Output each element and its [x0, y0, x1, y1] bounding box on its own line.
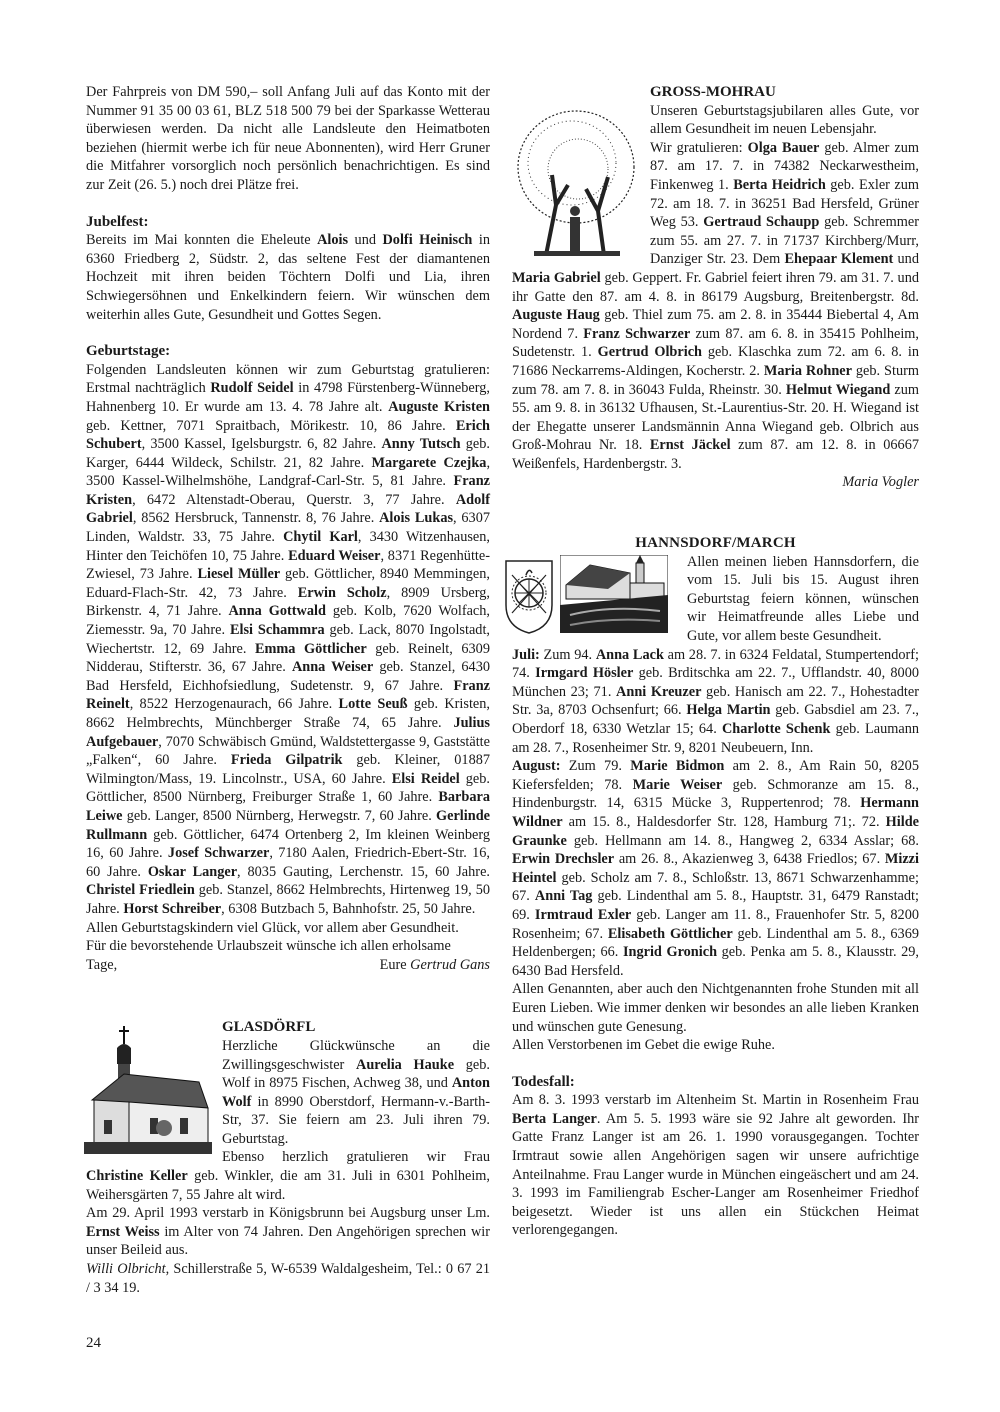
person-name: Erwin Scholz — [298, 585, 387, 601]
vacation-wish-end: Tage, Eure Gertrud Gans — [86, 956, 490, 975]
glasdoerfl-congrats: Ebenso herzlich gratulieren wir Frau Chr… — [86, 1148, 490, 1204]
left-column: Der Fahrpreis von DM 590,– soll Anfang J… — [86, 83, 490, 1297]
person-name: Maria Gabriel — [512, 270, 601, 286]
person-name: Marie Bidmon — [630, 758, 724, 774]
person-name: Marie Weiser — [633, 777, 723, 793]
person-name: Gertrud Olbrich — [598, 344, 702, 360]
gross-mohrau-heading: GROSS-MOHRAU — [512, 83, 919, 102]
person-name: Dolfi Heinisch — [382, 232, 472, 248]
castle-illustration — [560, 555, 668, 633]
todesfall-section: Todesfall: Am 8. 3. 1993 verstarb im Alt… — [512, 1073, 919, 1240]
person-name: Ernst Jäckel — [650, 437, 731, 453]
glasdoerfl-section: GLASDÖRFL Herzliche Glückwünsche an die … — [86, 1018, 490, 1297]
person-name: Rudolf Seidel — [210, 380, 293, 396]
hannsdorf-juli-list: Juli: Zum 94. Anna Lack am 28. 7. in 632… — [512, 646, 919, 758]
coat-of-arms-icon — [504, 555, 554, 635]
glasdoerfl-obituary: Am 29. April 1993 verstarb in Königsbrun… — [86, 1204, 490, 1260]
person-name: Christel Friedlein — [86, 882, 195, 898]
person-name: Franz Schwarzer — [583, 326, 690, 342]
geburtstage-heading: Geburtstage: — [86, 342, 490, 361]
chapel-illustration — [84, 1022, 212, 1154]
person-name: Alois — [317, 232, 348, 248]
person-name: Christine Keller — [86, 1168, 188, 1184]
person-name: Auguste Haug — [512, 307, 600, 323]
person-name: Josef Schwarzer — [168, 845, 269, 861]
person-name: Elsi Schammra — [230, 622, 325, 638]
person-name: Berta Heidrich — [733, 177, 826, 193]
person-name: Helmut Wiegand — [786, 382, 890, 398]
jubelfest-heading: Jubelfest: — [86, 213, 490, 232]
tree-illustration — [512, 105, 642, 257]
hannsdorf-section: HANNSDORF/MARCH — [512, 534, 919, 1055]
person-name: Gertraud Schaupp — [703, 214, 819, 230]
person-name: Charlotte Schenk — [722, 721, 830, 737]
person-name: Berta Langer — [512, 1111, 597, 1127]
signature: Eure Gertrud Gans — [380, 956, 490, 975]
right-column: GROSS-MOHRAU Unseren Geburtstagsjubilare… — [512, 83, 919, 1240]
person-name: Auguste Kristen — [388, 399, 490, 415]
gross-mohrau-section: GROSS-MOHRAU Unseren Geburtstagsjubilare… — [512, 83, 919, 492]
month-label: August: — [512, 758, 560, 774]
geburtstage-section: Geburtstage: Folgenden Landsleuten könne… — [86, 342, 490, 974]
person-name: Anna Lack — [596, 647, 664, 663]
person-name: Anna Weiser — [292, 659, 373, 675]
person-name: Alois Lukas — [379, 510, 453, 526]
person-name: Anna Gottwald — [228, 603, 326, 619]
todesfall-text: Am 8. 3. 1993 verstarb im Altenheim St. … — [512, 1091, 919, 1240]
vacation-wish: Für die bevorstehende Urlaubszeit wünsch… — [86, 937, 490, 956]
travel-fare-paragraph: Der Fahrpreis von DM 590,– soll Anfang J… — [86, 83, 490, 195]
person-name: Olga Bauer — [748, 140, 820, 156]
month-label: Juli: — [512, 647, 540, 663]
person-name: Chytil Karl — [283, 529, 358, 545]
jubelfest-section: Jubelfest: Bereits im Mai konnten die Eh… — [86, 213, 490, 325]
person-name: Frieda Gilpatrik — [231, 752, 343, 768]
person-name: Irmtraud Exler — [535, 907, 631, 923]
person-name: Horst Schreiber — [123, 901, 221, 917]
person-name: Liesel Müller — [197, 566, 280, 582]
birthday-closing: Allen Geburtstagskindern viel Glück, vor… — [86, 919, 490, 938]
person-name: Anni Kreuzer — [616, 684, 701, 700]
person-name: Anny Tutsch — [381, 436, 460, 452]
person-name: Anni Tag — [535, 888, 593, 904]
person-name: Ingrid Gronich — [623, 944, 717, 960]
hannsdorf-memorial: Allen Verstorbenen im Gebet die ewige Ru… — [512, 1036, 919, 1055]
todesfall-heading: Todesfall: — [512, 1073, 919, 1092]
person-name: Maria Rohner — [764, 363, 852, 379]
person-name: Eduard Weiser — [288, 548, 380, 564]
person-name: Emma Göttlicher — [255, 641, 367, 657]
hannsdorf-august-list: August: Zum 79. Marie Bidmon am 2. 8., A… — [512, 757, 919, 980]
person-name: Elsi Reidel — [392, 771, 460, 787]
person-name: Erwin Drechsler — [512, 851, 614, 867]
person-name: Helga Martin — [686, 702, 770, 718]
person-name: Elisabeth Göttlicher — [608, 926, 733, 942]
glasdoerfl-signature: Willi Olbricht, Schillerstraße 5, W-6539… — [86, 1260, 490, 1297]
jubelfest-text: Bereits im Mai konnten die Eheleute Aloi… — [86, 231, 490, 324]
person-name: Aurelia Hauke — [356, 1057, 454, 1073]
page-number: 24 — [86, 1335, 101, 1352]
signature: Maria Vogler — [512, 473, 919, 492]
person-name: Ehepaar Klement — [784, 251, 893, 267]
person-name: Margarete Czejka — [371, 455, 486, 471]
hannsdorf-closing: Allen Genannten, aber auch den Nichtgena… — [512, 980, 919, 1036]
person-name: Lotte Seuß — [339, 696, 408, 712]
hannsdorf-heading: HANNSDORF/MARCH — [512, 534, 919, 553]
person-name: Irmgard Hösler — [535, 665, 633, 681]
person-name: Oskar Langer — [148, 864, 237, 880]
person-name: Ernst Weiss — [86, 1224, 160, 1240]
birthday-list: Folgenden Landsleuten können wir zum Geb… — [86, 361, 490, 919]
hannsdorf-images — [504, 555, 679, 637]
